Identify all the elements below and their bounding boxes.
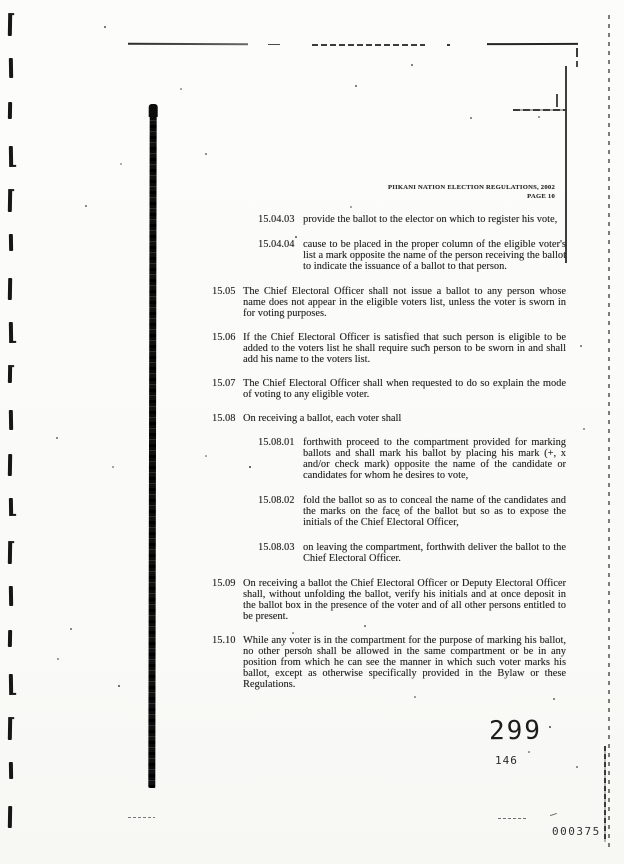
section-text: on leaving the compartment, forthwith de… <box>303 542 566 564</box>
regulation-text-block: 15.04.03 provide the ballot to the elect… <box>212 214 566 703</box>
binding-mark <box>9 234 13 251</box>
document-title: PIIKANI NATION ELECTION REGULATIONS, 200… <box>388 183 555 192</box>
section-text: fold the ballot so as to conceal the nam… <box>303 495 566 528</box>
section-text: forthwith proceed to the compartment pro… <box>303 437 566 481</box>
regulation-item: 15.08.02 fold the ballot so as to concea… <box>212 495 566 528</box>
top-scan-line-segment <box>447 44 450 46</box>
binding-mark <box>8 102 12 119</box>
binding-mark <box>9 674 13 694</box>
top-scan-line-segment <box>487 42 578 44</box>
binding-mark <box>8 630 12 647</box>
page-number-label: PAGE 10 <box>388 192 555 201</box>
bottom-dash-artifact <box>128 817 155 818</box>
regulation-item: 15.06 If the Chief Electoral Officer is … <box>212 332 566 365</box>
section-text: The Chief Electoral Officer shall when r… <box>243 378 566 400</box>
scanned-document-page: PIIKANI NATION ELECTION REGULATIONS, 200… <box>0 0 624 864</box>
right-edge-perforation-dark <box>604 746 606 842</box>
binding-mark <box>8 366 12 383</box>
top-edge-tick <box>576 61 578 67</box>
binding-mark <box>8 190 12 212</box>
regulation-item: 15.08.03 on leaving the compartment, for… <box>212 542 566 564</box>
section-number: 15.06 <box>212 332 235 343</box>
section-number: 15.07 <box>212 378 235 389</box>
binding-mark <box>8 542 12 564</box>
page-header: PIIKANI NATION ELECTION REGULATIONS, 200… <box>388 183 555 201</box>
section-text: On receiving a ballot, each voter shall <box>243 413 401 424</box>
section-number: 15.10 <box>212 635 235 646</box>
section-number: 15.08.02 <box>258 495 294 506</box>
regulation-item: 15.05 The Chief Electoral Officer shall … <box>212 286 566 319</box>
regulation-item: 15.04.04 cause to be placed in the prope… <box>212 239 566 272</box>
section-number: 15.08.01 <box>258 437 294 448</box>
corner-registration-tick <box>556 94 558 107</box>
binding-mark <box>8 718 12 740</box>
section-text: While any voter is in the compartment fo… <box>243 635 566 690</box>
right-edge-perforation <box>608 15 610 848</box>
regulation-item: 15.04.03 provide the ballot to the elect… <box>212 214 566 225</box>
bates-number: 000375 <box>552 825 601 838</box>
binding-mark <box>8 454 12 476</box>
bottom-dash-artifact <box>498 818 528 819</box>
top-scan-line-segment <box>128 43 248 45</box>
regulation-item: 15.08.01 forthwith proceed to the compar… <box>212 437 566 481</box>
binding-hole-marks <box>0 0 30 864</box>
top-scan-line-segment <box>268 44 280 45</box>
binding-mark <box>9 410 13 430</box>
binding-mark <box>9 146 13 166</box>
binding-mark <box>8 278 12 300</box>
section-text: The Chief Electoral Officer shall not is… <box>243 286 566 319</box>
section-text: cause to be placed in the proper column … <box>303 239 566 272</box>
binding-mark <box>9 58 13 78</box>
top-edge-tick <box>576 48 578 57</box>
scan-stripe-artifact <box>148 106 156 788</box>
section-text: If the Chief Electoral Officer is satisf… <box>243 332 566 365</box>
regulation-item: 15.08 On receiving a ballot, each voter … <box>212 413 566 424</box>
binding-mark <box>9 586 13 606</box>
bottom-dash-artifact <box>550 813 557 816</box>
section-number: 15.05 <box>212 286 235 297</box>
regulation-item: 15.10 While any voter is in the compartm… <box>212 635 566 690</box>
section-text: provide the ballot to the elector on whi… <box>303 214 557 225</box>
section-number: 15.08.03 <box>258 542 294 553</box>
section-number: 15.09 <box>212 578 235 589</box>
section-number: 15.04.03 <box>258 214 294 225</box>
regulation-item: 15.09 On receiving a ballot the Chief El… <box>212 578 566 622</box>
binding-mark <box>9 322 13 342</box>
section-text: On receiving a ballot the Chief Electora… <box>243 578 566 622</box>
small-page-number-stamp: 146 <box>495 754 518 767</box>
top-scan-line-segment <box>312 44 425 46</box>
binding-mark <box>9 762 13 779</box>
corner-registration-mark-horizontal <box>513 109 566 111</box>
binding-mark <box>8 806 12 828</box>
section-number: 15.04.04 <box>258 239 294 250</box>
binding-mark <box>9 498 13 515</box>
scan-noise-specks <box>0 0 2 2</box>
binding-mark <box>8 14 12 36</box>
section-number: 15.08 <box>212 413 235 424</box>
regulation-item: 15.07 The Chief Electoral Officer shall … <box>212 378 566 400</box>
handwritten-page-number: 299 <box>489 716 542 746</box>
